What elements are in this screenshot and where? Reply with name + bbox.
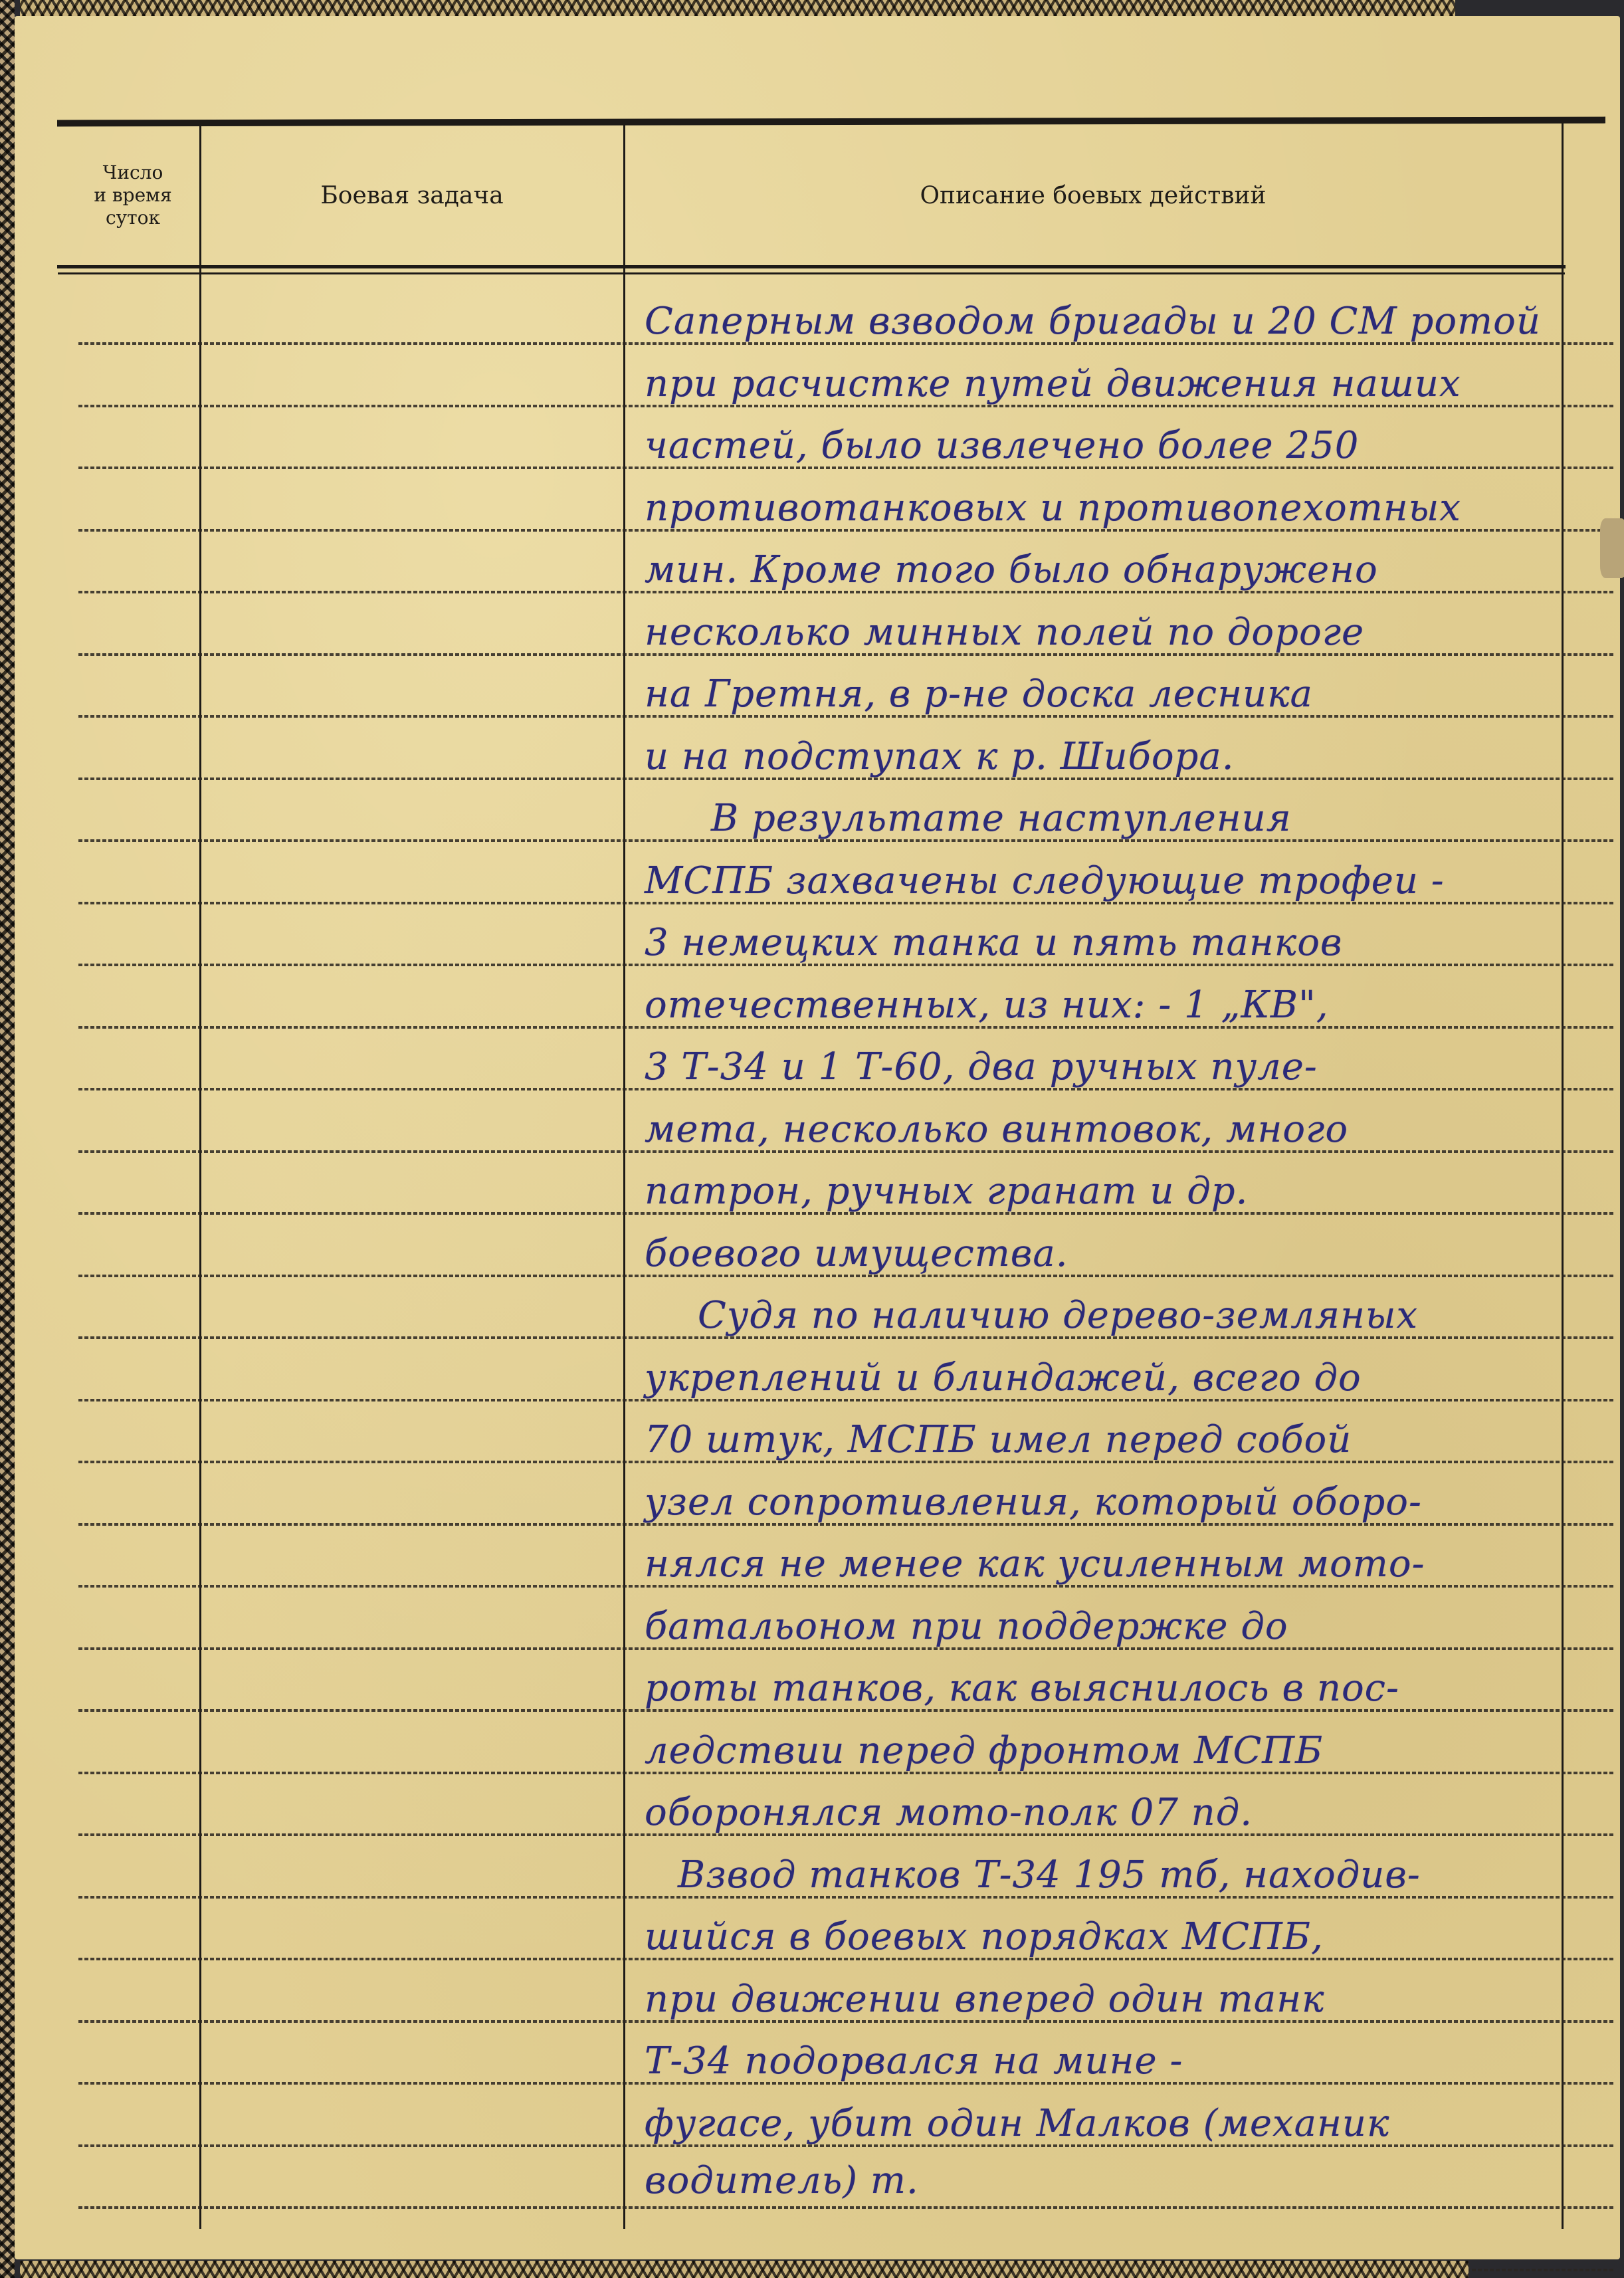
handwritten-line: частей, было извлечено более 250 (645, 423, 1562, 469)
binding-braid-bottom (20, 2261, 1469, 2278)
handwritten-line: Саперным взводом бригады и 20 СМ ротой (645, 298, 1562, 345)
handwritten-line: 70 штук, МСПБ имел перед собой (645, 1417, 1562, 1463)
handwritten-line: отечественных, из них: - 1 „КВ", (645, 982, 1562, 1029)
torn-edge (1600, 518, 1624, 578)
handwritten-line: МСПБ захвачены следующие трофеи - (645, 858, 1562, 904)
handwritten-line: укреплений и блиндажей, всего до (645, 1355, 1562, 1401)
column-divider-date (199, 122, 201, 2229)
header-date-line: суток (94, 207, 171, 229)
handwritten-line: ледствии перед фронтом МСПБ (645, 1728, 1562, 1774)
column-divider-right (1562, 122, 1564, 2229)
handwritten-line: Т-34 подорвался на мине - (645, 2038, 1562, 2085)
header-date-line: Число (94, 161, 171, 184)
header-combat-task: Боевая задача (201, 126, 623, 264)
handwritten-line: боевого имущества. (645, 1231, 1562, 1277)
handwritten-line: 3 Т-34 и 1 Т-60, два ручных пуле- (645, 1044, 1562, 1090)
handwritten-line: мин. Кроме того было обнаружено (645, 547, 1562, 593)
handwritten-line: оборонялся мото-полк 07 пд. (645, 1790, 1562, 1836)
handwritten-line: патрон, ручных гранат и др. (645, 1168, 1562, 1215)
handwritten-line: на Гретня, в р-не доска лесника (645, 671, 1562, 718)
header-date-time: Число и время суток (66, 126, 199, 264)
binding-braid-left (0, 0, 15, 2278)
handwritten-line: при движении вперед один танк (645, 1976, 1562, 2023)
handwritten-line: фугасе, убит один Малков (механик (645, 2101, 1562, 2147)
handwritten-line: при расчистке путей движения наших (645, 361, 1562, 407)
handwritten-line: мета, несколько винтовок, много (645, 1106, 1562, 1153)
handwritten-line: противотанковых и противопехотных (645, 485, 1562, 532)
handwritten-line: В результате наступления (711, 795, 1624, 842)
column-divider-task (623, 122, 625, 2229)
dotted-rule (78, 2206, 1613, 2209)
header-date-line: и время (94, 184, 171, 207)
handwritten-line: узел сопротивления, который оборо- (645, 1479, 1562, 1526)
handwritten-line: и на подступах к р. Шибора. (645, 734, 1562, 780)
header-description: Описание боевых действий (625, 126, 1562, 264)
handwritten-line: нялся не менее как усиленным мото- (645, 1541, 1562, 1588)
handwritten-line: Судя по наличию дерево-земляных (698, 1293, 1615, 1339)
handwritten-line: 3 немецких танка и пять танков (645, 920, 1562, 966)
handwritten-line: Взвод танков Т-34 195 тб, находив- (678, 1852, 1595, 1899)
handwritten-line: шийся в боевых порядках МСПБ, (645, 1914, 1562, 1960)
handwritten-line: роты танков, как выяснилось в пос- (645, 1665, 1562, 1712)
handwritten-line: батальоном при поддержке до (645, 1604, 1562, 1650)
handwritten-line: несколько минных полей по дороге (645, 609, 1562, 656)
header-double-rule (57, 265, 1566, 268)
handwritten-line: водитель) т. (645, 2158, 1562, 2204)
